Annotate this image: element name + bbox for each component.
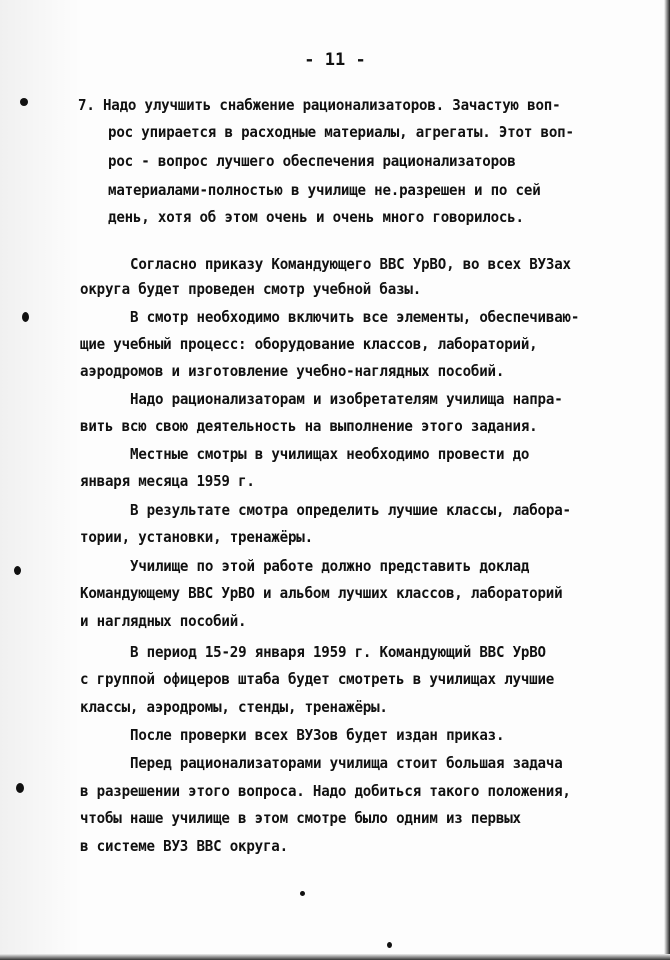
document-page: - 11 - 7. Надо улучшить снабжение рацион… <box>0 0 670 960</box>
text-line: Командующему ВВС УрВО и альбом лучших кл… <box>80 584 562 602</box>
text-line: день, хотя об этом очень и очень много г… <box>108 208 524 226</box>
text-line: аэродромов и изготовление учебно-наглядн… <box>80 362 504 380</box>
text-line: В смотр необходимо включить все элементы… <box>130 308 579 326</box>
text-line: тории, установки, тренажёры. <box>80 528 313 546</box>
text-line: классы, аэродромы, стенды, тренажёры. <box>80 698 388 716</box>
text-line: вить всю свою деятельность на выполнение… <box>80 417 537 435</box>
text-line: округа будет проведен смотр учебной базы… <box>80 280 421 298</box>
punch-hole-mark <box>16 783 24 793</box>
text-line: Согласно приказу Командующего ВВС УрВО, … <box>130 255 571 273</box>
text-line: Местные смотры в училищах необходимо про… <box>130 445 529 463</box>
page-number: - 11 - <box>0 50 670 70</box>
text-line: и наглядных пособий. <box>80 612 246 630</box>
text-line: рос упирается в расходные материалы, агр… <box>108 123 574 141</box>
ink-dot <box>387 942 392 948</box>
text-line: 7. Надо улучшить снабжение рационализато… <box>78 96 560 114</box>
punch-hole-mark <box>14 566 21 575</box>
text-line: материалами-полностью в училище не.разре… <box>108 181 541 199</box>
text-line: чтобы наше училище в этом смотре было од… <box>80 809 521 827</box>
text-line: В период 15-29 января 1959 г. Командующи… <box>130 643 546 661</box>
text-line: Надо рационализаторам и изобретателям уч… <box>130 390 563 408</box>
text-line: января месяца 1959 г. <box>80 472 255 490</box>
punch-hole-mark <box>22 312 29 322</box>
text-line: щие учебный процесс: оборудование классо… <box>80 335 537 353</box>
text-line: Училище по этой работе должно представит… <box>130 557 529 575</box>
text-line: в системе ВУЗ ВВС округа. <box>80 837 288 855</box>
text-line: После проверки всех ВУЗов будет издан пр… <box>130 726 504 744</box>
text-line: с группой офицеров штаба будет смотреть … <box>80 670 554 688</box>
scan-shadow <box>0 0 80 960</box>
text-line: Перед рационализаторами училища стоит бо… <box>130 754 563 772</box>
text-line: В результате смотра определить лучшие кл… <box>130 501 571 519</box>
ink-dot <box>300 891 305 896</box>
text-line: в разрешении этого вопроса. Надо добитьс… <box>80 782 571 800</box>
scan-edge-bottom <box>0 954 670 960</box>
punch-hole-mark <box>20 98 28 106</box>
text-line: рос - вопрос лучшего обеспечения рациона… <box>108 152 516 170</box>
scan-edge-right <box>664 0 670 960</box>
